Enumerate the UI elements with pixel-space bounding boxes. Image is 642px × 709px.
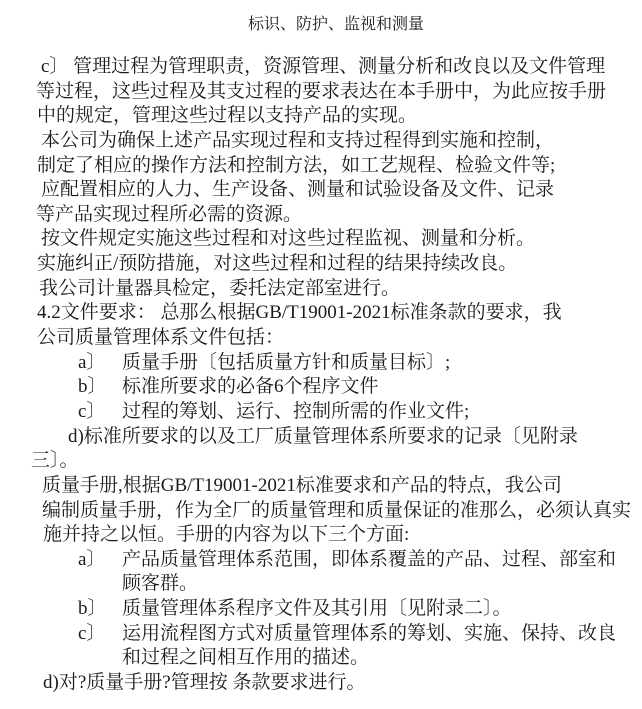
list-marker: a〕 [78, 548, 105, 573]
line-text: 质量手册,根据GB/T19001-2021标准要求和产品的特点，我公司 [0, 474, 562, 499]
line-text: 质量手册〔包括质量方针和质量目标〕; [0, 351, 450, 376]
line-text: 等产品实现过程所必需的资源。 [0, 203, 302, 228]
line-text: d)标准所要求的以及工厂质量管理体系所要求的记录〔见附录 [0, 425, 578, 450]
line-text: c〕 管理过程为管理职责，资源管理、测量分析和改良以及文件管理 [0, 55, 605, 80]
line-text: 质量管理体系程序文件及其引用〔见附录二〕。 [0, 597, 512, 622]
text-line: 按文件规定实施这些过程和对这些过程监视、测量和分析。 [0, 227, 642, 252]
document-page: 标识、防护、监视和测量 c〕 管理过程为管理职责，资源管理、测量分析和改良以及文… [0, 0, 642, 709]
document-body: c〕 管理过程为管理职责，资源管理、测量分析和改良以及文件管理等过程，这些过程及… [0, 55, 642, 696]
list-marker: c〕 [78, 622, 105, 647]
line-text: 公司质量管理体系文件包括： [0, 326, 284, 351]
document-title: 标识、防护、监视和测量 [0, 15, 642, 35]
list-item-line: a〕质量手册〔包括质量方针和质量目标〕; [0, 351, 642, 376]
line-text: 标准所要求的必备6个程序文件 [0, 375, 379, 400]
text-line: d)对?质量手册?管理按 条款要求进行。 [0, 671, 642, 696]
text-line: 顾客群。 [0, 572, 642, 597]
text-line: 实施纠正/预防措施，对这些过程和过程的结果持续改良。 [0, 252, 642, 277]
text-line: 制定了相应的操作方法和控制方法，如工艺规程、检验文件等; [0, 154, 642, 179]
text-line: 质量手册,根据GB/T19001-2021标准要求和产品的特点，我公司 [0, 474, 642, 499]
line-text: 编制质量手册，作为全厂的质量管理和质量保证的准那么，必须认真实 [0, 499, 631, 524]
line-text: 制定了相应的操作方法和控制方法，如工艺规程、检验文件等; [0, 154, 555, 179]
text-line: 我公司计量器具检定，委托法定部室进行。 [0, 277, 642, 302]
line-text: 过程的筹划、运行、控制所需的作业文件; [0, 400, 469, 425]
list-item-line: c〕运用流程图方式对质量管理体系的筹划、实施、保持、改良 [0, 622, 642, 647]
text-line: d)标准所要求的以及工厂质量管理体系所要求的记录〔见附录 [0, 425, 642, 450]
text-line: 公司质量管理体系文件包括： [0, 326, 642, 351]
line-text: 按文件规定实施这些过程和对这些过程监视、测量和分析。 [0, 227, 535, 252]
text-line: 施并持之以恒。手册的内容为以下三个方面: [0, 523, 642, 548]
line-text: 中的规定，管理这些过程以支持产品的实现。 [0, 104, 417, 129]
list-marker: c〕 [78, 400, 105, 425]
line-text: 等过程，这些过程及其支过程的要求表达在本手册中，为此应按手册 [0, 80, 606, 105]
text-line: 和过程之间相互作用的描述。 [0, 646, 642, 671]
line-text: 施并持之以恒。手册的内容为以下三个方面: [0, 523, 409, 548]
line-text: 本公司为确保上述产品实现过程和支持过程得到实施和控制， [0, 129, 554, 154]
text-line: 等产品实现过程所必需的资源。 [0, 203, 642, 228]
text-line: 等过程，这些过程及其支过程的要求表达在本手册中，为此应按手册 [0, 80, 642, 105]
text-line: 中的规定，管理这些过程以支持产品的实现。 [0, 104, 642, 129]
text-line: 本公司为确保上述产品实现过程和支持过程得到实施和控制， [0, 129, 642, 154]
list-marker: b〕 [78, 597, 107, 622]
list-marker: b〕 [78, 375, 107, 400]
line-text: d)对?质量手册?管理按 条款要求进行。 [0, 671, 365, 696]
text-line: 4.2文件要求： 总那么根据GB/T19001-2021标准条款的要求，我 [0, 301, 642, 326]
text-line: 应配置相应的人力、生产设备、测量和试验设备及文件、记录 [0, 178, 642, 203]
line-text: 实施纠正/预防措施，对这些过程和过程的结果持续改良。 [0, 252, 517, 277]
line-text: 4.2文件要求： 总那么根据GB/T19001-2021标准条款的要求，我 [0, 301, 562, 326]
line-text: 我公司计量器具检定，委托法定部室进行。 [0, 277, 400, 302]
line-text: 顾客群。 [0, 572, 198, 597]
list-marker: a〕 [78, 351, 105, 376]
list-item-line: b〕质量管理体系程序文件及其引用〔见附录二〕。 [0, 597, 642, 622]
list-item-line: b〕标准所要求的必备6个程序文件 [0, 375, 642, 400]
list-item-line: c〕过程的筹划、运行、控制所需的作业文件; [0, 400, 642, 425]
text-line: 三〕。 [0, 449, 642, 474]
line-text: 应配置相应的人力、生产设备、测量和试验设备及文件、记录 [0, 178, 554, 203]
list-item-line: a〕产品质量管理体系范围，即体系覆盖的产品、过程、部室和 [0, 548, 642, 573]
line-text: 三〕。 [0, 449, 79, 474]
line-text: 和过程之间相互作用的描述。 [0, 646, 369, 671]
text-line: c〕 管理过程为管理职责，资源管理、测量分析和改良以及文件管理 [0, 55, 642, 80]
text-line: 编制质量手册，作为全厂的质量管理和质量保证的准那么，必须认真实 [0, 499, 642, 524]
